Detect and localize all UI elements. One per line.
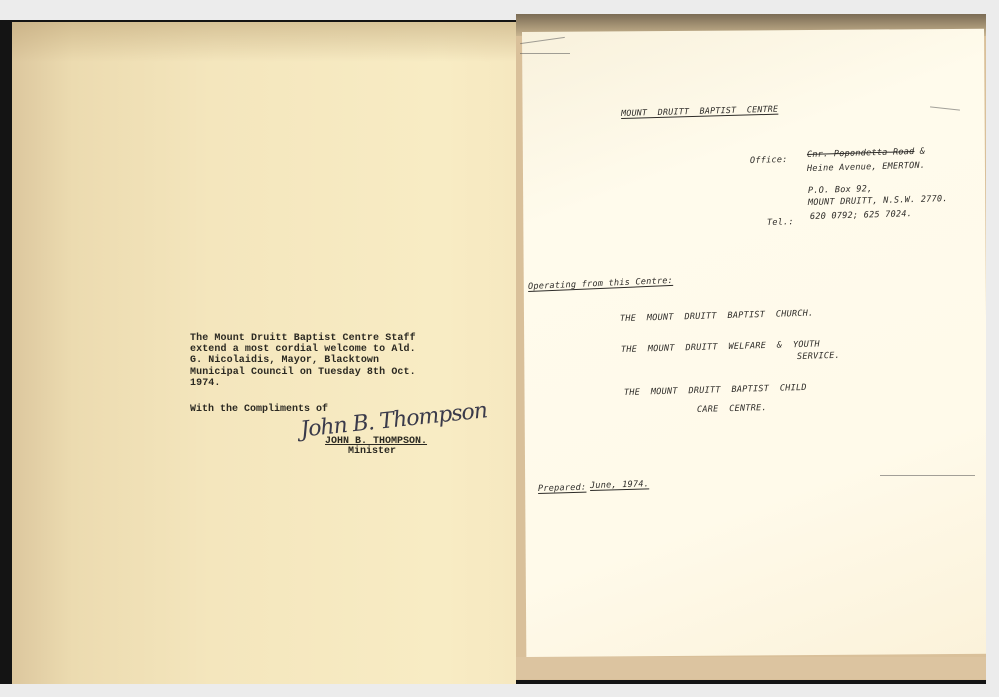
page-shadow: [12, 22, 516, 62]
welcome-line: The Mount Druitt Baptist Centre Staff: [190, 333, 460, 344]
scan-right-margin: [986, 14, 999, 686]
welcome-message: The Mount Druitt Baptist Centre Staff ex…: [190, 333, 460, 389]
welcome-line: 1974.: [190, 378, 460, 389]
welcome-line: Municipal Council on Tuesday 8th Oct.: [190, 367, 460, 378]
signer-title: Minister: [348, 446, 396, 457]
right-page-bottom-edge: [516, 657, 986, 679]
right-page: [522, 29, 988, 657]
welcome-line: extend a most cordial welcome to Ald.: [190, 344, 460, 355]
welcome-line: G. Nicolaidis, Mayor, Blacktown: [190, 355, 460, 366]
compliments-text: With the Compliments of: [190, 404, 328, 415]
